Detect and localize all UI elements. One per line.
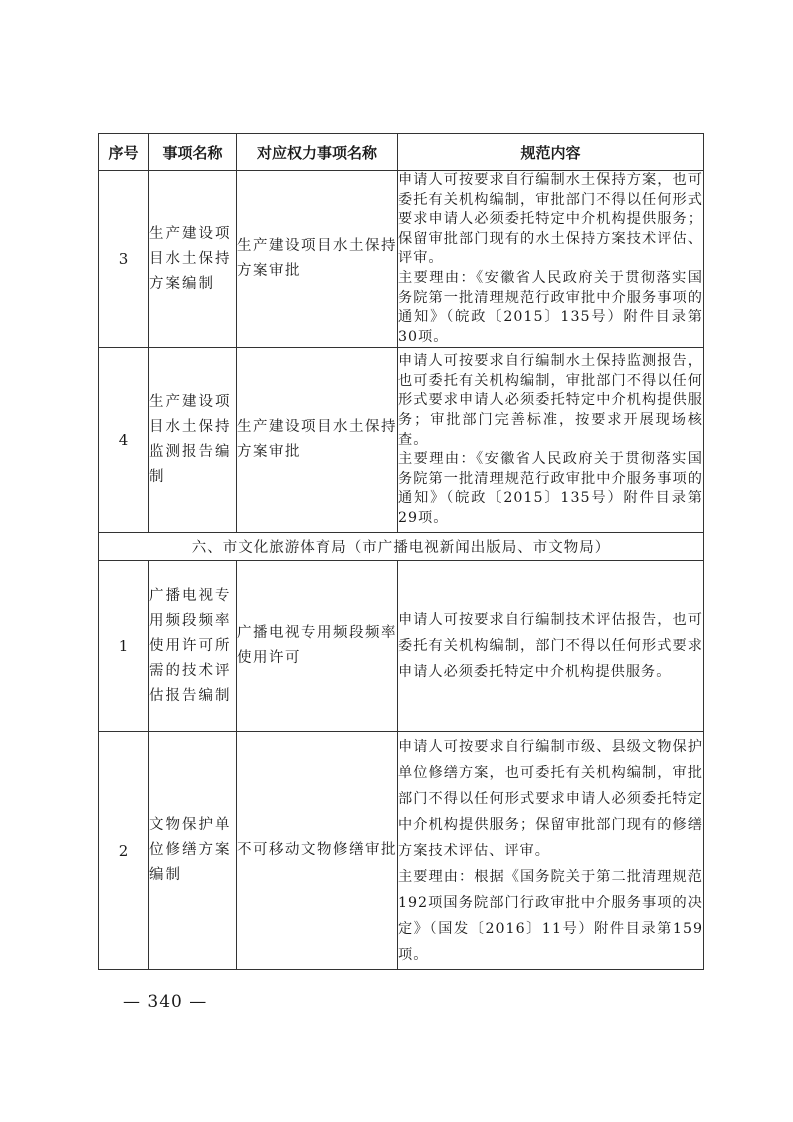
row-content: 申请人可按要求自行编制技术评估报告，也可委托有关机构编制，部门不得以任何形式要求… [398, 561, 704, 732]
row-content: 申请人可按要求自行编制市级、县级文物保护单位修缮方案，也可委托有关机构编制，审批… [398, 732, 704, 970]
page-number: — 340 — [123, 992, 207, 1012]
content-text: 申请人可按要求自行编制市级、县级文物保护单位修缮方案，也可委托有关机构编制，审批… [398, 734, 703, 864]
row-power-name: 生产建设项目水土保持方案审批 [237, 348, 398, 533]
row-serial: 3 [99, 171, 149, 348]
content-reason: 主要理由：《安徽省人民政府关于贯彻落实国务院第一批清理规范行政审批中介服务事项的… [398, 269, 703, 347]
row-power-name: 生产建设项目水土保持方案审批 [237, 171, 398, 348]
content-text: 申请人可按要求自行编制水土保持监测报告，也可委托有关机构编制，审批部门不得以任何… [398, 352, 703, 450]
row-item-name: 文物保护单位修缮方案编制 [149, 732, 237, 970]
row-power-name: 不可移动文物修缮审批 [237, 732, 398, 970]
table-row: 4 生产建设项目水土保持监测报告编制 生产建设项目水土保持方案审批 申请人可按要… [99, 348, 704, 533]
section-header-row: 六、市文化旅游体育局（市广播电视新闻出版局、市文物局） [99, 533, 704, 561]
regulation-table: 序号 事项名称 对应权力事项名称 规范内容 3 生产建设项目水土保持方案编制 生… [98, 133, 704, 970]
row-content: 申请人可按要求自行编制水土保持方案，也可委托有关机构编制，审批部门不得以任何形式… [398, 171, 704, 348]
row-content: 申请人可按要求自行编制水土保持监测报告，也可委托有关机构编制，审批部门不得以任何… [398, 348, 704, 533]
table-row: 3 生产建设项目水土保持方案编制 生产建设项目水土保持方案审批 申请人可按要求自… [99, 171, 704, 348]
row-serial: 1 [99, 561, 149, 732]
row-serial: 2 [99, 732, 149, 970]
header-power-item-name: 对应权力事项名称 [237, 134, 398, 171]
row-item-name: 生产建设项目水土保持监测报告编制 [149, 348, 237, 533]
content-text: 申请人可按要求自行编制技术评估报告，也可委托有关机构编制，部门不得以任何形式要求… [398, 607, 703, 685]
header-item-name: 事项名称 [149, 134, 237, 171]
header-serial: 序号 [99, 134, 149, 171]
content-text: 申请人可按要求自行编制水土保持方案，也可委托有关机构编制，审批部门不得以任何形式… [398, 171, 703, 269]
table-row: 1 广播电视专用频段频率使用许可所需的技术评估报告编制 广播电视专用频段频率使用… [99, 561, 704, 732]
header-regulation-content: 规范内容 [398, 134, 704, 171]
row-serial: 4 [99, 348, 149, 533]
content-reason: 主要理由：根据《国务院关于第二批清理规范192项国务院部门行政审批中介服务事项的… [398, 864, 703, 968]
row-power-name: 广播电视专用频段频率使用许可 [237, 561, 398, 732]
table-row: 2 文物保护单位修缮方案编制 不可移动文物修缮审批 申请人可按要求自行编制市级、… [99, 732, 704, 970]
section-title: 六、市文化旅游体育局（市广播电视新闻出版局、市文物局） [99, 533, 704, 561]
row-item-name: 广播电视专用频段频率使用许可所需的技术评估报告编制 [149, 561, 237, 732]
content-reason: 主要理由：《安徽省人民政府关于贯彻落实国务院第一批清理规范行政审批中介服务事项的… [398, 450, 703, 528]
table-header-row: 序号 事项名称 对应权力事项名称 规范内容 [99, 134, 704, 171]
row-item-name: 生产建设项目水土保持方案编制 [149, 171, 237, 348]
